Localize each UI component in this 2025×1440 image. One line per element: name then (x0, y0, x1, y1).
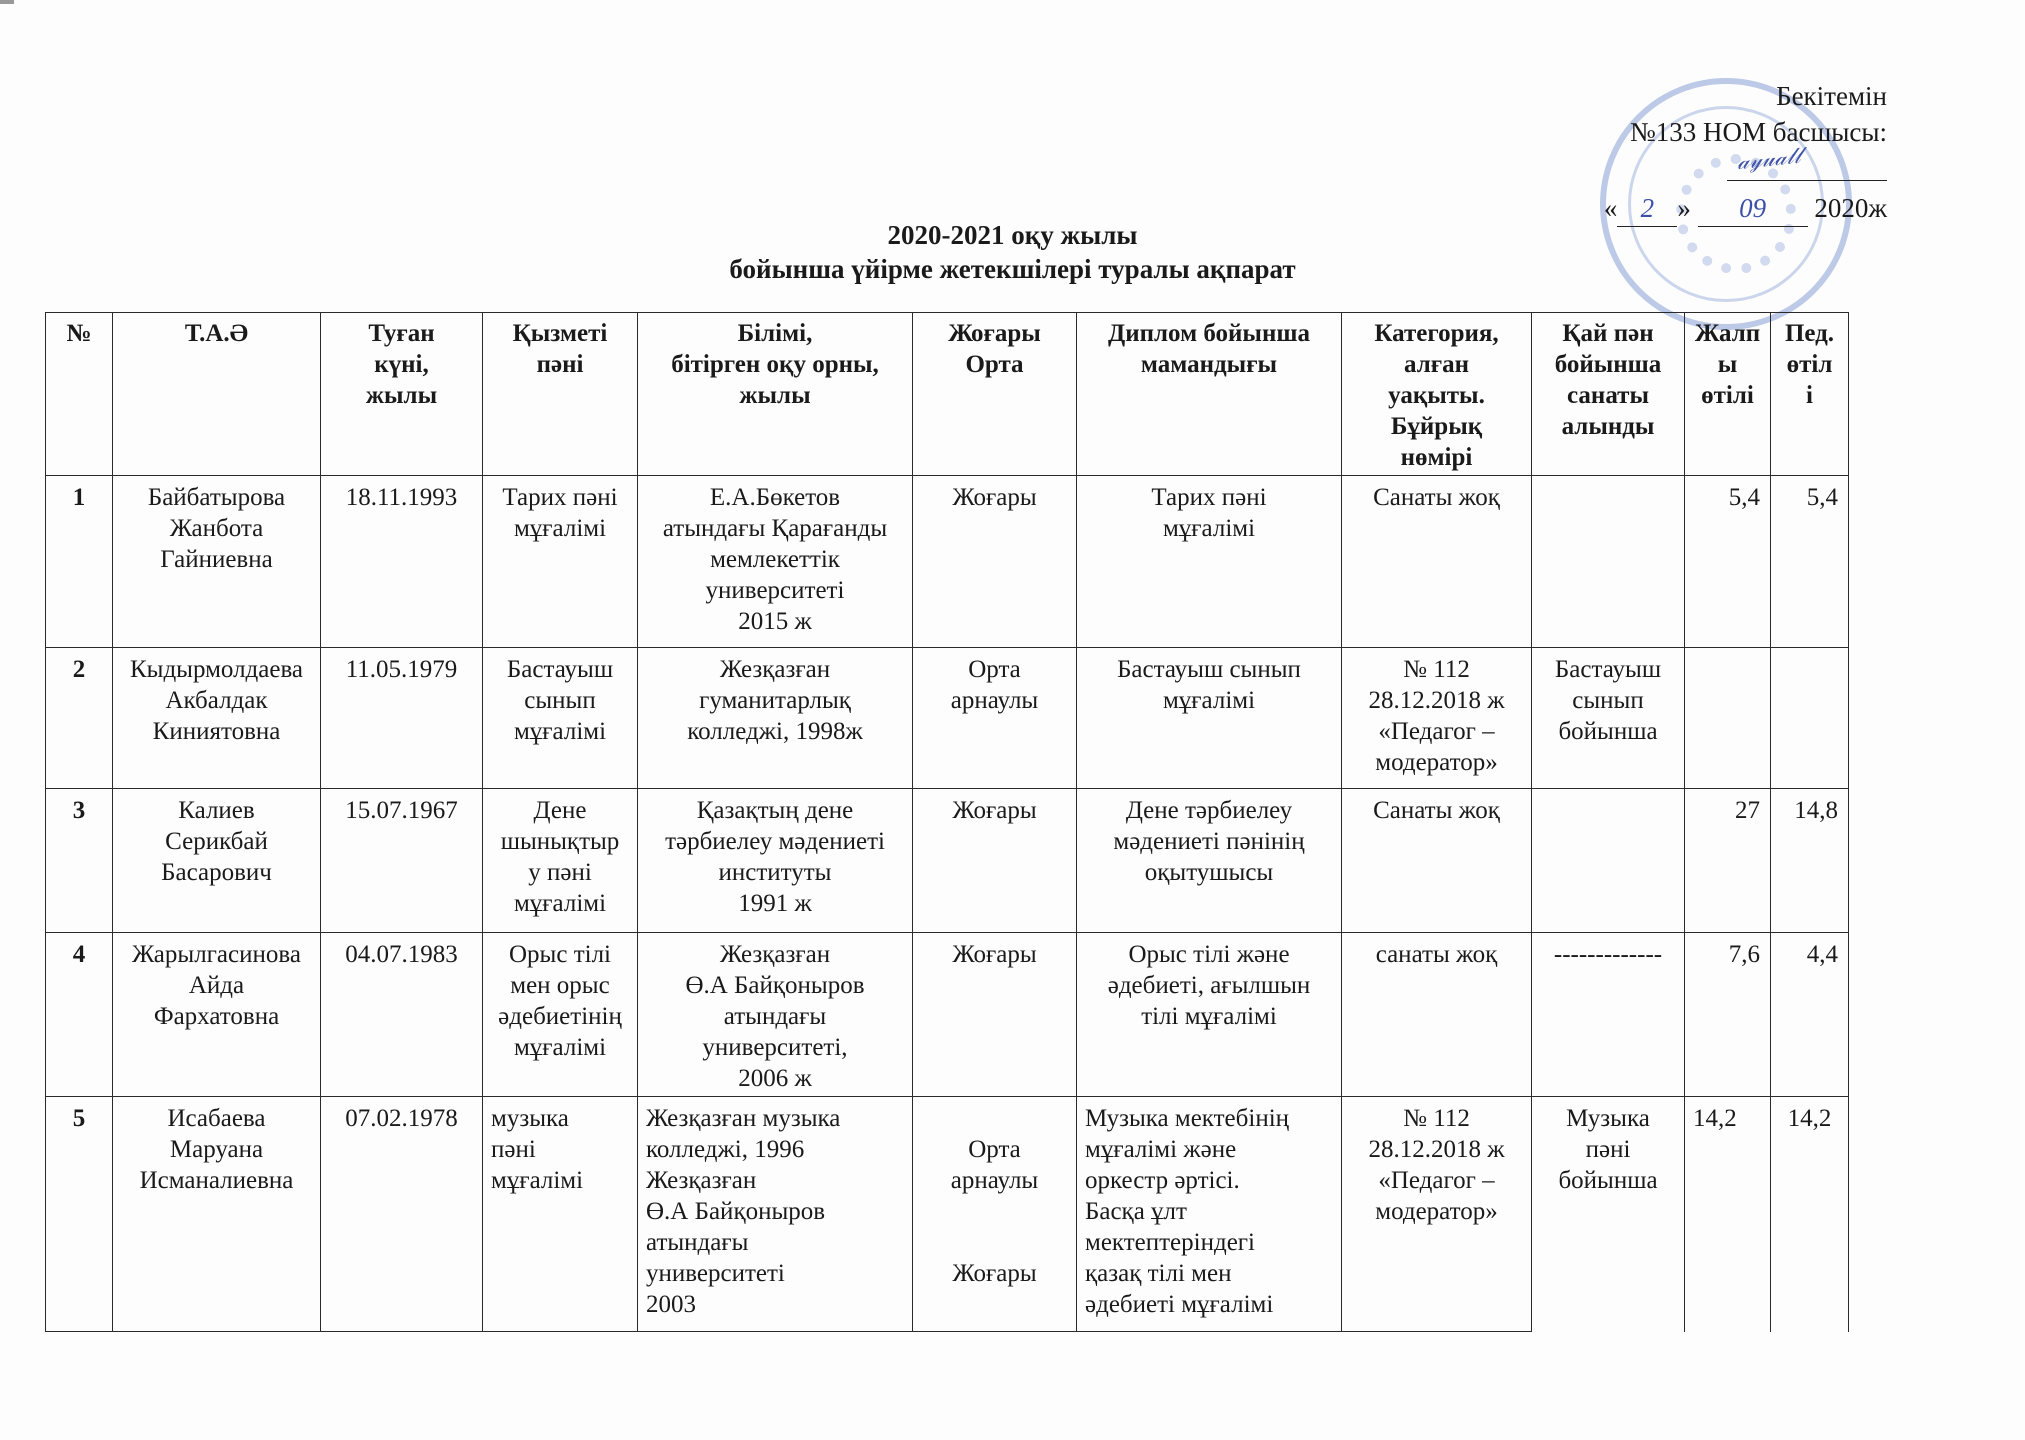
cell-position: Орыс тілімен орысәдебиетініңмұғалімі (483, 933, 638, 1097)
cell-birth-date: 04.07.1983 (321, 933, 483, 1097)
cell-diploma-specialty: Дене тәрбиелеумәдениеті пәнініңоқытушысы (1077, 789, 1342, 933)
cell-education: Е.А.Бөкетоватындағы Қарағандымемлекеттік… (638, 476, 913, 648)
title-line-1: 2020-2021 оқу жылы (0, 218, 2025, 252)
header-col-education-level: ЖоғарыОрта (913, 313, 1077, 476)
header-col-ped-experience: Пед.өтілі (1771, 313, 1849, 476)
cell-education-level: Жоғары (913, 789, 1077, 933)
cell-position: музыкапәнімұғалімі (483, 1097, 638, 1332)
cell-total-experience: 7,6 (1685, 933, 1771, 1097)
header-col-full-name: Т.А.Ә (113, 313, 321, 476)
table-row: 3КалиевСерикбайБасарович15.07.1967Денешы… (46, 789, 1849, 933)
cell-position: Денешынықтыру пәнімұғалімі (483, 789, 638, 933)
cell-total-experience: 14,2 (1685, 1097, 1771, 1332)
header-col-no: № (46, 313, 113, 476)
document-title: 2020-2021 оқу жылы бойынша үйірме жетекш… (0, 218, 2025, 286)
title-line-2: бойынша үйірме жетекшілері туралы ақпара… (0, 252, 2025, 286)
cell-position: Бастауышсыныпмұғалімі (483, 648, 638, 789)
cell-teacher-name: КалиевСерикбайБасарович (113, 789, 321, 933)
cell-birth-date: 11.05.1979 (321, 648, 483, 789)
header-col-category: Категория,алғануақыты.Бұйрықнөмірі (1342, 313, 1532, 476)
cell-education-level: ОртаарнаулыЖоғары (913, 1097, 1077, 1332)
cell-education-level: Жоғары (913, 476, 1077, 648)
cell-ped-experience: 14,2 (1771, 1097, 1849, 1332)
cell-category: № 11228.12.2018 ж«Педагог –модератор» (1342, 1097, 1532, 1332)
cell-diploma-specialty: Тарих пәнімұғалімі (1077, 476, 1342, 648)
cell-teacher-name: ИсабаеваМаруанаИсманалиевна (113, 1097, 321, 1332)
header-col-category-subject: Қай пәнбойыншасанатыалынды (1532, 313, 1685, 476)
cell-row-number: 5 (46, 1097, 113, 1332)
header-col-birth-date: Туғанкүні,жылы (321, 313, 483, 476)
table-row: 1БайбатыроваЖанботаГайниевна18.11.1993Та… (46, 476, 1849, 648)
cell-row-number: 4 (46, 933, 113, 1097)
cell-row-number: 2 (46, 648, 113, 789)
header-col-total-experience: Жалпыөтілі (1685, 313, 1771, 476)
header-col-diploma-specialty: Диплом бойыншамамандығы (1077, 313, 1342, 476)
approval-title: Бекітемін (1604, 78, 1887, 114)
cell-total-experience: 5,4 (1685, 476, 1771, 648)
scan-edge-mark (0, 0, 14, 4)
cell-birth-date: 18.11.1993 (321, 476, 483, 648)
cell-category: санаты жоқ (1342, 933, 1532, 1097)
cell-category: Санаты жоқ (1342, 789, 1532, 933)
cell-row-number: 1 (46, 476, 113, 648)
cell-education: Жезқазғангуманитарлықколледжі, 1998ж (638, 648, 913, 789)
cell-category: Санаты жоқ (1342, 476, 1532, 648)
cell-category: № 11228.12.2018 ж«Педагог –модератор» (1342, 648, 1532, 789)
cell-position: Тарих пәнімұғалімі (483, 476, 638, 648)
cell-teacher-name: ЖарылгасиноваАйдаФархатовна (113, 933, 321, 1097)
cell-teacher-name: КыдырмолдаеваАкбалдакКиниятовна (113, 648, 321, 789)
cell-category-subject (1532, 789, 1685, 933)
table-row: 5ИсабаеваМаруанаИсманалиевна07.02.1978му… (46, 1097, 1849, 1332)
cell-row-number: 3 (46, 789, 113, 933)
approval-block: Бекітемін №133 НОМ басшысы: 𝒶𝓎𝓊𝒶𝓁𝓁 «2» 0… (1604, 78, 1887, 227)
header-col-position: Қызметіпәні (483, 313, 638, 476)
signature-icon: 𝒶𝓎𝓊𝒶𝓁𝓁 (1735, 139, 1802, 181)
cell-education-level: Ортаарнаулы (913, 648, 1077, 789)
cell-total-experience: 27 (1685, 789, 1771, 933)
cell-category-subject: ------------- (1532, 933, 1685, 1097)
cell-diploma-specialty: Музыка мектебініңмұғалімі жәнеоркестр әр… (1077, 1097, 1342, 1332)
cell-diploma-specialty: Орыс тілі жәнеәдебиеті, ағылшынтілі мұға… (1077, 933, 1342, 1097)
cell-ped-experience: 5,4 (1771, 476, 1849, 648)
cell-category-subject: Бастауышсыныпбойынша (1532, 648, 1685, 789)
cell-category-subject (1532, 476, 1685, 648)
signature-line: 𝒶𝓎𝓊𝒶𝓁𝓁 (1727, 150, 1887, 181)
cell-teacher-name: БайбатыроваЖанботаГайниевна (113, 476, 321, 648)
cell-ped-experience: 14,8 (1771, 789, 1849, 933)
table-row: 2КыдырмолдаеваАкбалдакКиниятовна11.05.19… (46, 648, 1849, 789)
cell-education: Қазақтың денетәрбиелеу мәдениетіинститут… (638, 789, 913, 933)
header-col-education: Білімі,бітірген оқу орны,жылы (638, 313, 913, 476)
cell-education: Жезқазған музыкаколледжі, 1996ЖезқазғанӨ… (638, 1097, 913, 1332)
cell-ped-experience: 4,4 (1771, 933, 1849, 1097)
table-header-row: №Т.А.ӘТуғанкүні,жылыҚызметіпәніБілімі,бі… (46, 313, 1849, 476)
staff-table: №Т.А.ӘТуғанкүні,жылыҚызметіпәніБілімі,бі… (45, 312, 1849, 1332)
cell-birth-date: 15.07.1967 (321, 789, 483, 933)
cell-diploma-specialty: Бастауыш сыныпмұғалімі (1077, 648, 1342, 789)
cell-total-experience (1685, 648, 1771, 789)
cell-education: ЖезқазғанӨ.А Байқоныроватындағыуниверсит… (638, 933, 913, 1097)
cell-category-subject: Музыкапәнібойынша (1532, 1097, 1685, 1332)
cell-ped-experience (1771, 648, 1849, 789)
cell-education-level: Жоғары (913, 933, 1077, 1097)
cell-birth-date: 07.02.1978 (321, 1097, 483, 1332)
table-row: 4ЖарылгасиноваАйдаФархатовна04.07.1983Ор… (46, 933, 1849, 1097)
